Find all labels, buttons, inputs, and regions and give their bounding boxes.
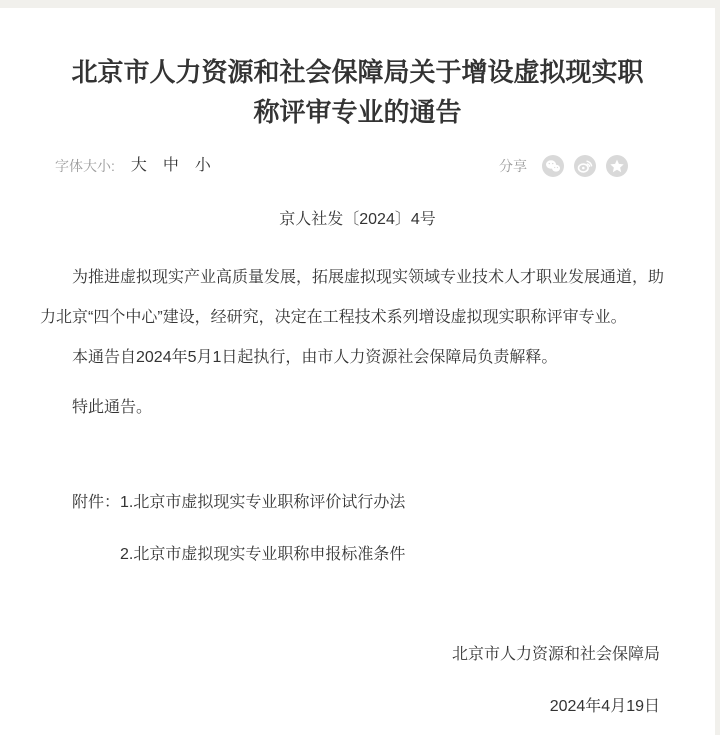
share-label: 分享 xyxy=(499,156,527,176)
share-wechat-button[interactable] xyxy=(542,155,564,177)
paragraph-1: 为推进虚拟现实产业高质量发展，拓展虚拟现实领域专业技术人才职业发展通道，助力北京… xyxy=(40,258,668,338)
font-size-medium-button[interactable]: 中 xyxy=(163,154,179,178)
share-favorite-button[interactable] xyxy=(606,155,628,177)
star-icon xyxy=(606,155,628,177)
issuing-authority: 北京市人力资源和社会保障局 xyxy=(0,640,715,670)
attachment-item-2: 2.北京市虚拟现实专业职称申报标准条件 xyxy=(120,540,668,570)
font-size-large-button[interactable]: 大 xyxy=(131,154,147,178)
attachment-2-title: 2.北京市虚拟现实专业职称申报标准条件 xyxy=(120,546,405,563)
font-size-switcher: 字体大小: 大 中 小 xyxy=(55,154,211,178)
article-body: 为推进虚拟现实产业高质量发展，拓展虚拟现实领域专业技术人才职业发展通道，助力北京… xyxy=(40,258,668,570)
page-title: 北京市人力资源和社会保障局关于增设虚拟现实职称评审专业的通告 xyxy=(68,52,648,132)
document-number: 京人社发〔2024〕4号 xyxy=(0,208,715,232)
share-weibo-button[interactable] xyxy=(574,155,596,177)
weibo-icon xyxy=(574,155,596,177)
publish-date: 2024年4月19日 xyxy=(0,692,715,722)
notice-page-card: 北京市人力资源和社会保障局关于增设虚拟现实职称评审专业的通告 字体大小: 大 中… xyxy=(0,8,715,735)
share-bar: 分享 xyxy=(499,155,628,177)
attachments-section: 附件：1.北京市虚拟现实专业职称评价试行办法 2.北京市虚拟现实专业职称申报标准… xyxy=(40,488,668,570)
attachment-item-1: 附件：1.北京市虚拟现实专业职称评价试行办法 xyxy=(40,488,668,518)
attachment-1-title: 1.北京市虚拟现实专业职称评价试行办法 xyxy=(120,494,405,511)
paragraph-2: 本通告自2024年5月1日起执行，由市人力资源社会保障局负责解释。 xyxy=(40,338,668,378)
font-size-label: 字体大小: xyxy=(55,156,115,176)
wechat-icon xyxy=(542,155,564,177)
attachments-label: 附件： xyxy=(72,494,120,511)
toolbar: 字体大小: 大 中 小 分享 xyxy=(0,154,715,178)
paragraph-3: 特此通告。 xyxy=(40,388,668,428)
signature-block: 北京市人力资源和社会保障局 2024年4月19日 xyxy=(0,640,715,722)
font-size-small-button[interactable]: 小 xyxy=(195,154,211,178)
